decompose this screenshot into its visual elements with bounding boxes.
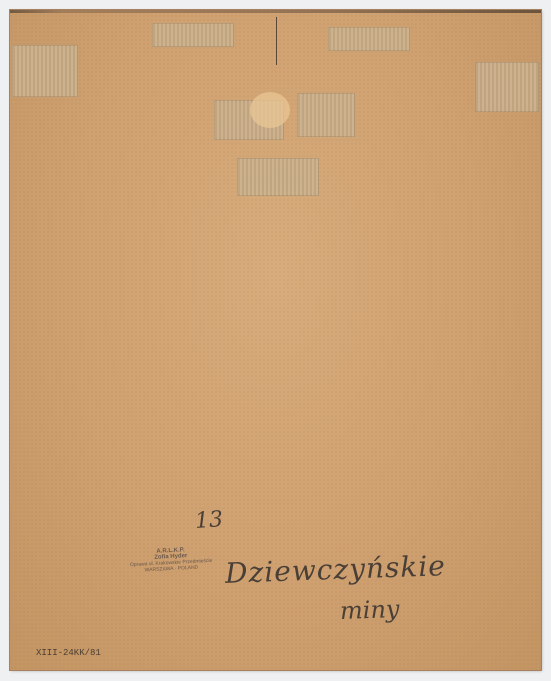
pencil-title-line2: miny [340, 595, 400, 625]
tape-strip [297, 93, 355, 137]
tape-residue-stain [250, 92, 290, 128]
inventory-number: XIII-24KK/81 [36, 648, 101, 658]
board-crack [276, 17, 277, 65]
tape-strip [237, 158, 319, 196]
framer-stamp: A.R.L.K.P. Zofia Hyder Oprawa ul. Krakow… [124, 546, 217, 575]
tape-strip [328, 27, 410, 51]
tape-strip [475, 62, 539, 112]
tape-strip [12, 45, 78, 97]
tape-strip [152, 23, 234, 47]
frame-edge [10, 10, 541, 13]
pencil-number: 13 [194, 507, 224, 534]
